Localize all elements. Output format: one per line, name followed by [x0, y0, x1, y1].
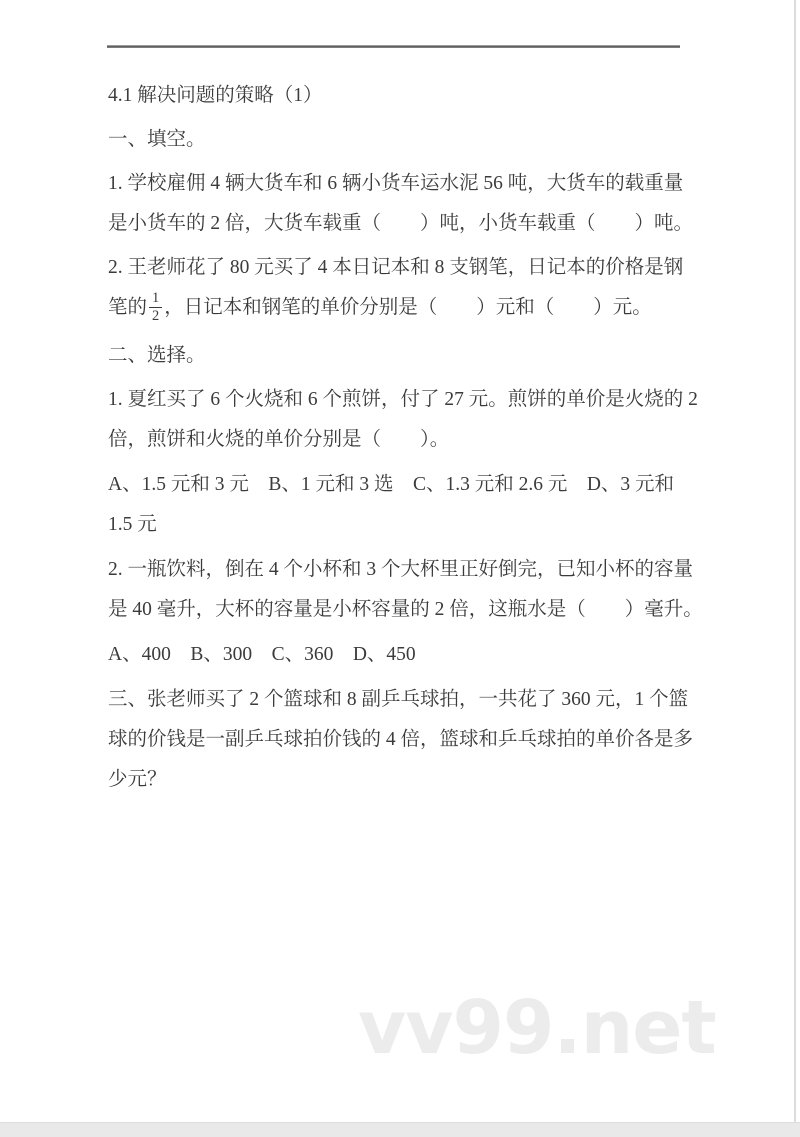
choice-question-2-options: A、400 B、300 C、360 D、450 [108, 635, 693, 675]
bottom-gray-bar [0, 1122, 800, 1137]
choice-question-1-options: A、1.5 元和 3 元 B、1 元和 3 选 C、1.3 元和 2.6 元 D… [108, 465, 693, 545]
option-line: A、1.5 元和 3 元 B、1 元和 3 选 C、1.3 元和 2.6 元 D… [108, 465, 693, 505]
choice-question-1: 1. 夏红买了 6 个火烧和 6 个煎饼，付了 27 元。煎饼的单价是火烧的 2… [108, 380, 693, 460]
worksheet-content: 4.1 解决问题的策略（1） 一、填空。 1. 学校雇佣 4 辆大货车和 6 辆… [108, 0, 693, 800]
fill-question-1: 1. 学校雇佣 4 辆大货车和 6 辆小货车运水泥 56 吨，大货车的载重量 是… [108, 164, 693, 244]
option-line: 1.5 元 [108, 505, 693, 545]
section-fill-heading: 一、填空。 [108, 120, 693, 160]
question-line: 少元？ [108, 760, 693, 800]
worksheet-page: 4.1 解决问题的策略（1） 一、填空。 1. 学校雇佣 4 辆大货车和 6 辆… [0, 0, 800, 1137]
fraction-numerator: 1 [149, 291, 162, 308]
fraction-denominator: 2 [152, 308, 159, 324]
fraction-one-half: 12 [149, 291, 162, 324]
choice-question-2: 2. 一瓶饮料，倒在 4 个小杯和 3 个大杯里正好倒完，已知小杯的容量 是 4… [108, 550, 693, 630]
page-right-edge-line [794, 0, 796, 1122]
question-line: 2. 王老师花了 80 元买了 4 本日记本和 8 支钢笔，日记本的价格是钢 [108, 248, 693, 288]
worksheet-title: 4.1 解决问题的策略（1） [108, 76, 693, 116]
question-line: 三、张老师买了 2 个篮球和 8 副乒乓球拍，一共花了 360 元，1 个篮 [108, 680, 693, 720]
question-line-with-fraction: 笔的12，日记本和钢笔的单价分别是（ ）元和（ ）元。 [108, 288, 693, 328]
question-line: 是小货车的 2 倍，大货车载重（ ）吨，小货车载重（ ）吨。 [108, 204, 693, 244]
question-line: 1. 学校雇佣 4 辆大货车和 6 辆小货车运水泥 56 吨，大货车的载重量 [108, 164, 693, 204]
question-line: 是 40 毫升，大杯的容量是小杯容量的 2 倍，这瓶水是（ ）毫升。 [108, 590, 693, 630]
question-line-suffix: ，日记本和钢笔的单价分别是（ ）元和（ ）元。 [164, 297, 652, 318]
question-line: 1. 夏红买了 6 个火烧和 6 个煎饼，付了 27 元。煎饼的单价是火烧的 2 [108, 380, 693, 420]
section-three-question: 三、张老师买了 2 个篮球和 8 副乒乓球拍，一共花了 360 元，1 个篮 球… [108, 680, 693, 800]
watermark-text: vv99.net [358, 985, 716, 1071]
question-line: 2. 一瓶饮料，倒在 4 个小杯和 3 个大杯里正好倒完，已知小杯的容量 [108, 550, 693, 590]
question-line-prefix: 笔的 [108, 297, 147, 318]
question-line: 倍，煎饼和火烧的单价分别是（ ）。 [108, 420, 693, 460]
question-line: 球的价钱是一副乒乓球拍价钱的 4 倍，篮球和乒乓球拍的单价各是多 [108, 720, 693, 760]
fill-question-2: 2. 王老师花了 80 元买了 4 本日记本和 8 支钢笔，日记本的价格是钢 笔… [108, 248, 693, 328]
section-choice-heading: 二、选择。 [108, 336, 693, 376]
